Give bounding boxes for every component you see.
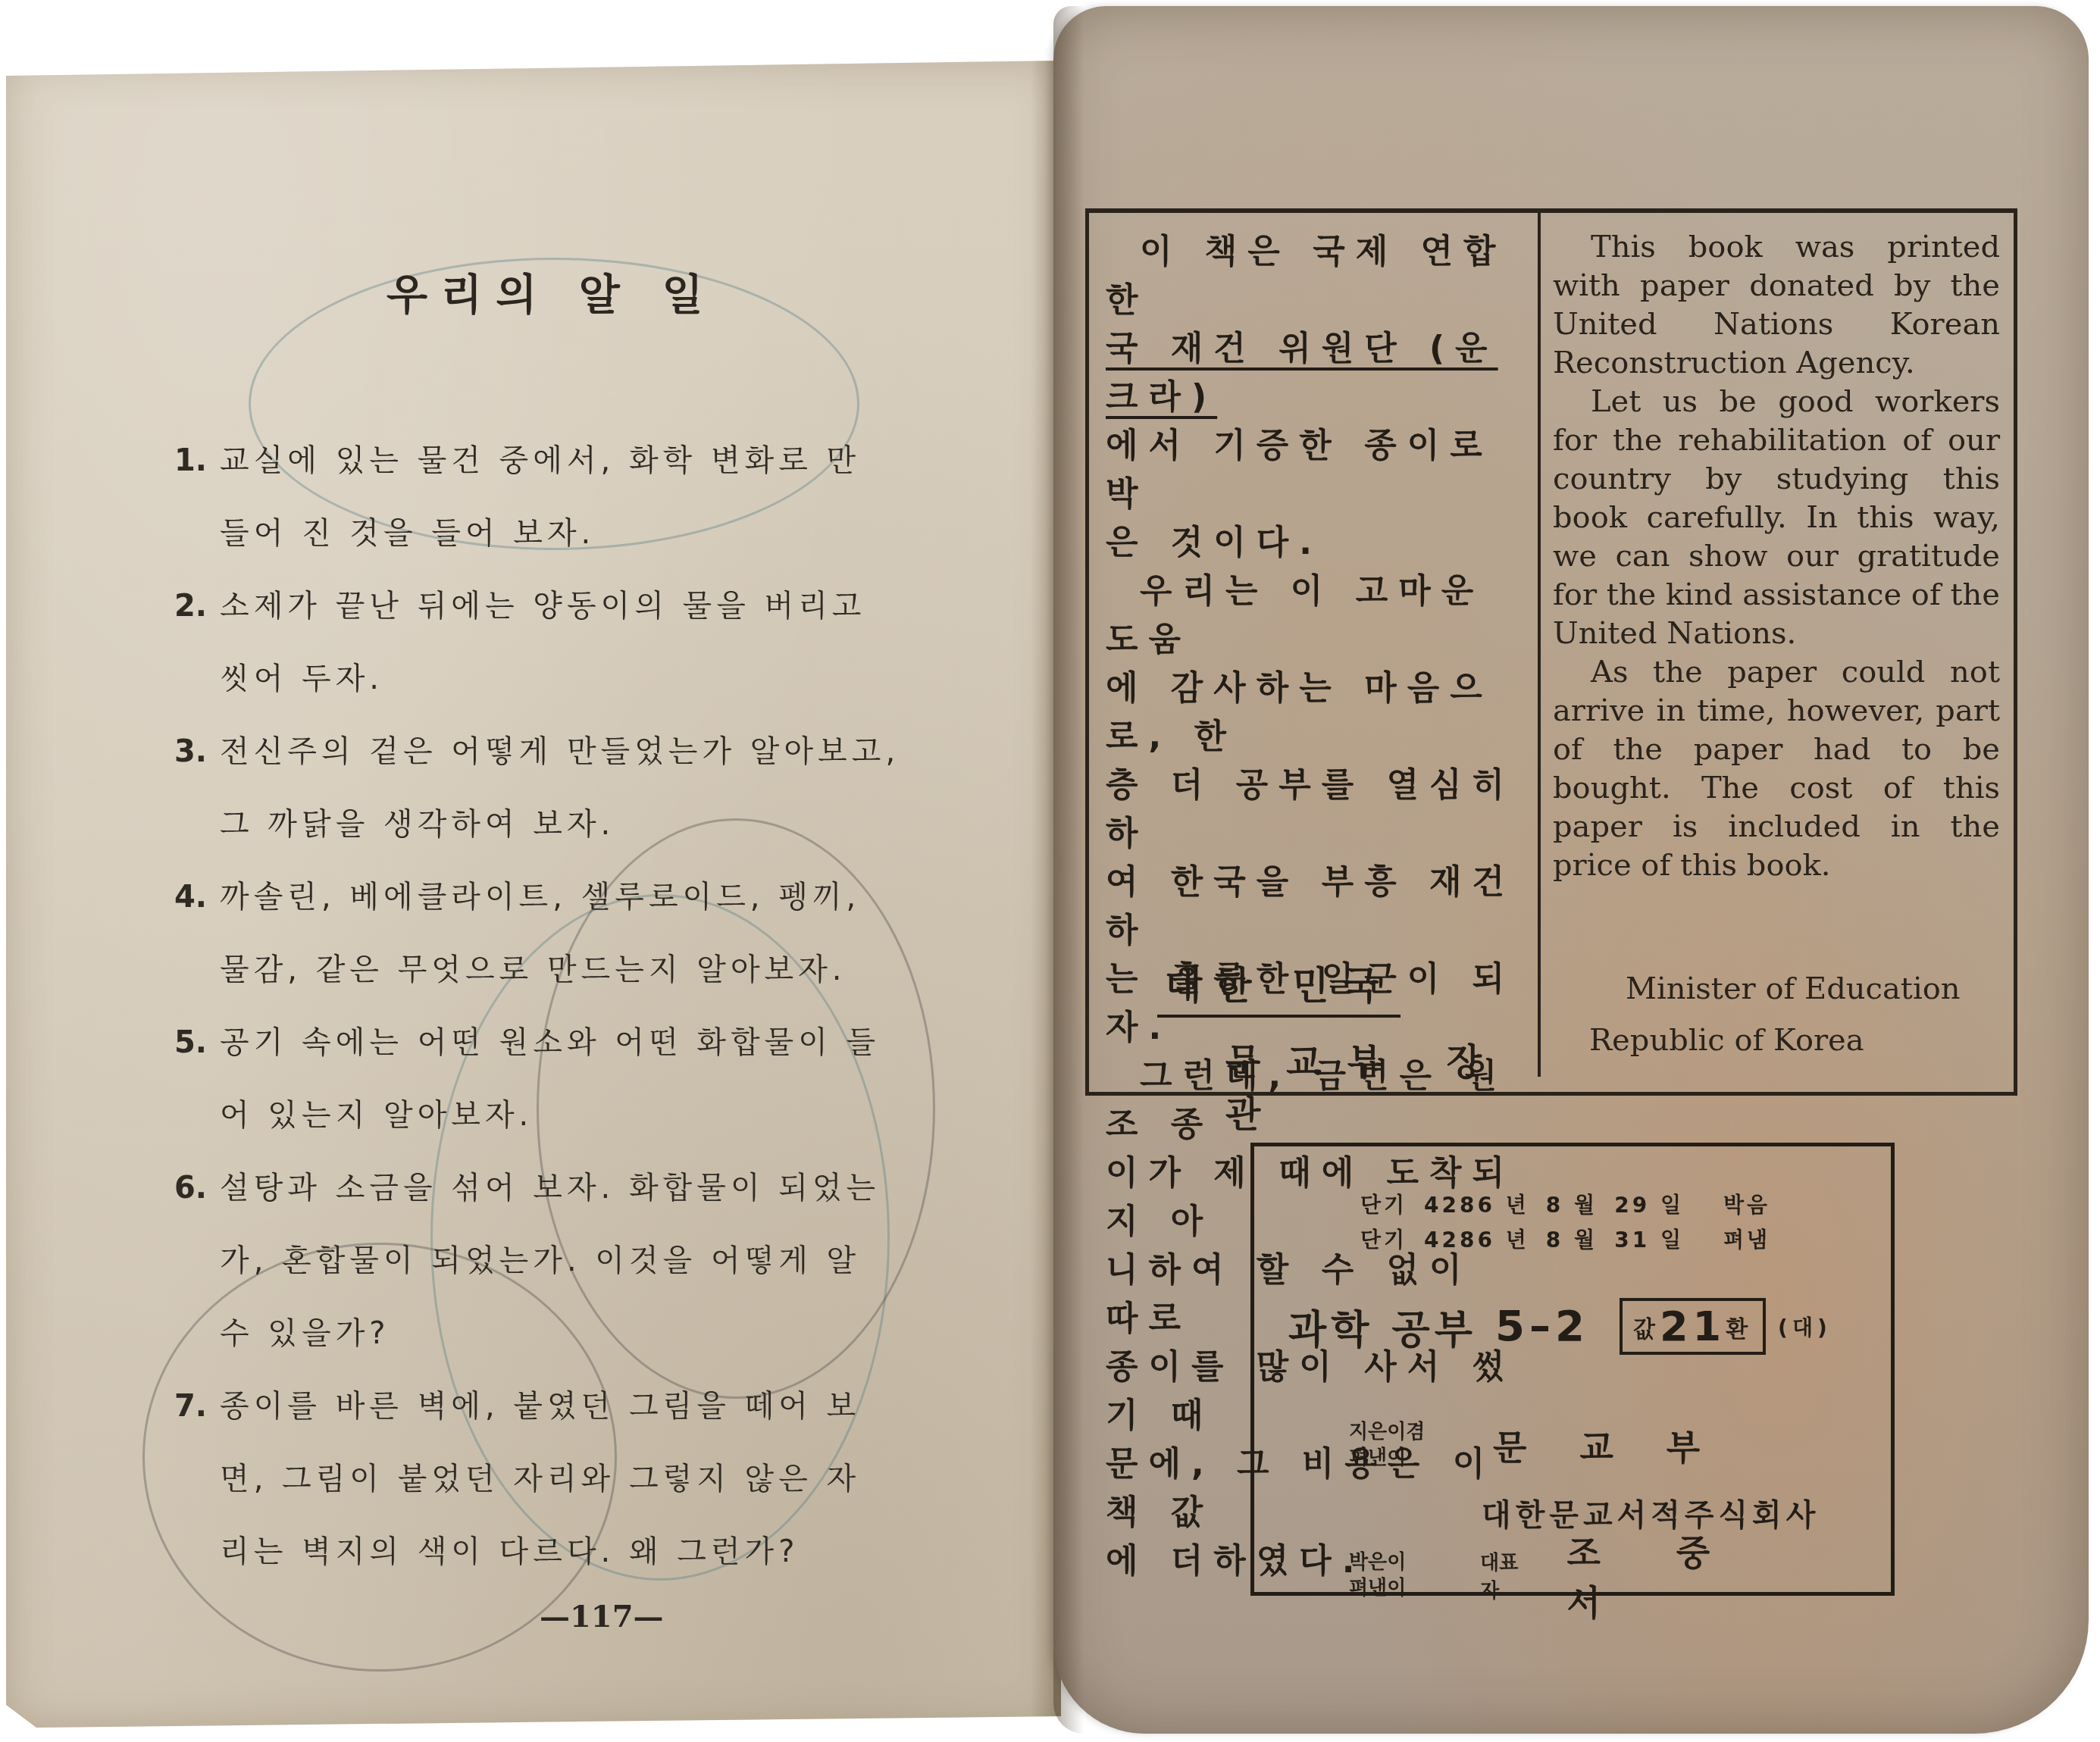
list-item: 6. 설탕과 소금을 섞어 보자. 화합물이 되었는 가, 혼합물이 되었는가.…: [174, 1152, 932, 1370]
item-line: 교실에 있는 물건 중에서, 화학 변화로 만: [220, 424, 860, 497]
printed-date: 단기 4286 년 8 월 29 일 박음: [1360, 1188, 1770, 1223]
date-day: 29: [1614, 1193, 1650, 1218]
item-line: 전신주의 겉은 어떻게 만들었는가 알아보고,: [220, 715, 900, 788]
date-unit: 월: [1574, 1193, 1598, 1218]
price-value: 21: [1660, 1303, 1726, 1350]
author-name: 문교부: [1493, 1420, 1753, 1470]
item-line: 가, 혼합물이 되었는가. 이것을 어떻게 알: [220, 1224, 880, 1297]
gutter-shadow: [1053, 6, 1084, 1734]
column-divider: [1538, 213, 1541, 1077]
item-text: 설탕과 소금을 섞어 보자. 화합물이 되었는 가, 혼합물이 되었는가. 이것…: [220, 1152, 880, 1370]
label-line: 펴낸이: [1349, 1445, 1463, 1471]
item-number: 4.: [174, 861, 220, 1006]
signature-org: 대한 민국: [1157, 955, 1401, 1018]
item-line: 어 있는지 알아보자.: [220, 1079, 880, 1152]
english-notice: This book was printed with paper donated…: [1553, 228, 2000, 885]
english-paragraph: This book was printed with paper donated…: [1553, 228, 2000, 383]
label-line: 박은이: [1349, 1550, 1461, 1575]
item-text: 소제가 끝난 뒤에는 양동이의 물을 버리고 씻어 두자.: [220, 570, 865, 715]
item-line: 들어 진 것을 들어 보자.: [220, 497, 860, 570]
price-suffix: (대): [1778, 1312, 1832, 1342]
page-number: —117—: [540, 1599, 664, 1634]
label-line: 지은이겸: [1349, 1419, 1463, 1445]
text-line: 은 것이다.: [1106, 519, 1523, 568]
label-line: 펴낸이: [1349, 1575, 1461, 1601]
korean-signature: 대한 민국 문교부 장관: [1157, 955, 1521, 1137]
list-item: 7. 종이를 바른 벽에, 붙였던 그림을 떼어 보 면, 그림이 붙었던 자리…: [174, 1370, 932, 1588]
item-line: 설탕과 소금을 섞어 보자. 화합물이 되었는: [220, 1152, 880, 1224]
list-item: 3. 전신주의 겉은 어떻게 만들었는가 알아보고, 그 까닭을 생각하여 보자…: [174, 715, 932, 861]
text-line: 여 한국을 부흥 재건하: [1106, 858, 1523, 955]
signature-line: Republic of Korea: [1589, 1015, 1998, 1066]
price-box: 값 21 환: [1620, 1298, 1766, 1355]
list-item: 1. 교실에 있는 물건 중에서, 화학 변화로 만 들어 진 것을 들어 보자…: [174, 424, 932, 570]
page-title: 우리의 알 일: [387, 261, 716, 322]
price-label: 값: [1633, 1310, 1660, 1343]
item-number: 5.: [174, 1006, 220, 1152]
list-item: 5. 공기 속에는 어떤 원소와 어떤 화합물이 들 어 있는지 알아보자.: [174, 1006, 932, 1152]
item-line: 씻어 두자.: [220, 643, 865, 715]
date-era: 단기: [1360, 1188, 1407, 1223]
english-paragraph: Let us be good workers for the rehabilit…: [1553, 383, 2000, 653]
item-text: 교실에 있는 물건 중에서, 화학 변화로 만 들어 진 것을 들어 보자.: [220, 424, 860, 570]
representative-row: 박은이 펴낸이 대표자 조중서: [1349, 1525, 1891, 1625]
item-line: 그 까닭을 생각하여 보자.: [220, 788, 900, 861]
english-paragraph: As the paper could not arrive in time, h…: [1553, 653, 2000, 885]
item-line: 물감, 같은 무엇으로 만드는지 알아보자.: [220, 934, 860, 1006]
item-number: 1.: [174, 424, 220, 570]
published-date: 단기 4286 년 8 월 31 일 펴냄: [1360, 1223, 1770, 1258]
list-item: 2. 소제가 끝난 뒤에는 양동이의 물을 버리고 씻어 두자.: [174, 570, 932, 715]
representative-name: 조중서: [1566, 1525, 1891, 1625]
author-row: 지은이겸 펴낸이 문교부: [1349, 1419, 1753, 1471]
publisher-label: 박은이 펴낸이: [1349, 1550, 1461, 1601]
colophon-box: 단기 4286 년 8 월 29 일 박음 단기 4286 년 8 월 31 일…: [1250, 1143, 1895, 1596]
signature-title: 문교부 장관: [1157, 1033, 1521, 1137]
korean-paragraph: 이 책은 국제 연합 한 국 재건 위원단 (운크라) 에서 기증한 종이로 박…: [1106, 228, 1523, 568]
item-line: 까솔린, 베에클라이트, 셀루로이드, 펭끼,: [220, 861, 860, 934]
item-text: 공기 속에는 어떤 원소와 어떤 화합물이 들 어 있는지 알아보자.: [220, 1006, 880, 1152]
text-line: 에서 기증한 종이로 박: [1106, 422, 1523, 519]
date-month: 8: [1546, 1193, 1563, 1218]
price-unit: 환: [1726, 1310, 1752, 1343]
notice-box: 이 책은 국제 연합 한 국 재건 위원단 (운크라) 에서 기증한 종이로 박…: [1085, 208, 2017, 1096]
date-label: 박음: [1723, 1188, 1770, 1223]
date-era: 단기: [1360, 1223, 1407, 1258]
item-line: 소제가 끝난 뒤에는 양동이의 물을 버리고: [220, 570, 865, 643]
question-list: 1. 교실에 있는 물건 중에서, 화학 변화로 만 들어 진 것을 들어 보자…: [174, 424, 932, 1588]
date-unit: 년: [1506, 1193, 1529, 1218]
item-number: 3.: [174, 715, 220, 861]
date-unit: 년: [1506, 1228, 1529, 1253]
text-line: 국 재건 위원단 (운크라): [1106, 325, 1523, 422]
item-line: 리는 벽지의 색이 다르다. 왜 그런가?: [220, 1515, 860, 1588]
item-text: 종이를 바른 벽에, 붙였던 그림을 떼어 보 면, 그림이 붙었던 자리와 그…: [220, 1370, 860, 1588]
text-line: 층 더 공부를 열심히 하: [1106, 762, 1523, 858]
book-title: 과학 공부: [1288, 1298, 1477, 1355]
item-line: 면, 그림이 붙었던 자리와 그렇지 않은 자: [220, 1443, 860, 1515]
item-line: 수 있을가?: [220, 1297, 880, 1370]
list-item: 4. 까솔린, 베에클라이트, 셀루로이드, 펭끼, 물감, 같은 무엇으로 만…: [174, 861, 932, 1006]
item-number: 7.: [174, 1370, 220, 1588]
text-line: 이 책은 국제 연합 한: [1106, 228, 1523, 325]
text-line: 에 감사하는 마음으로, 한: [1106, 665, 1523, 762]
book-volume: 5–2: [1495, 1302, 1589, 1351]
item-line: 종이를 바른 벽에, 붙였던 그림을 떼어 보: [220, 1370, 860, 1443]
date-unit: 월: [1574, 1228, 1598, 1253]
date-unit: 일: [1660, 1228, 1684, 1253]
date-day: 31: [1614, 1228, 1650, 1253]
book-title-row: 과학 공부 5–2 값 21 환 (대): [1288, 1298, 1832, 1355]
item-number: 2.: [174, 570, 220, 715]
date-year: 4286: [1424, 1193, 1495, 1218]
date-year: 4286: [1424, 1228, 1495, 1253]
date-month: 8: [1546, 1228, 1563, 1253]
publication-dates: 단기 4286 년 8 월 29 일 박음 단기 4286 년 8 월 31 일…: [1360, 1188, 1770, 1258]
author-label: 지은이겸 펴낸이: [1349, 1419, 1463, 1471]
date-unit: 일: [1660, 1193, 1684, 1218]
text-line: 우리는 이 고마운 도움: [1106, 568, 1523, 665]
date-label: 펴냄: [1723, 1223, 1770, 1258]
english-signature: Minister of Education Republic of Korea: [1589, 963, 1998, 1066]
item-number: 6.: [174, 1152, 220, 1370]
signature-line: Minister of Education: [1589, 963, 1998, 1015]
item-line: 공기 속에는 어떤 원소와 어떤 화합물이 들: [220, 1006, 880, 1079]
representative-label: 대표자: [1480, 1547, 1536, 1603]
item-text: 전신주의 겉은 어떻게 만들었는가 알아보고, 그 까닭을 생각하여 보자.: [220, 715, 900, 861]
item-text: 까솔린, 베에클라이트, 셀루로이드, 펭끼, 물감, 같은 무엇으로 만드는지…: [220, 861, 860, 1006]
